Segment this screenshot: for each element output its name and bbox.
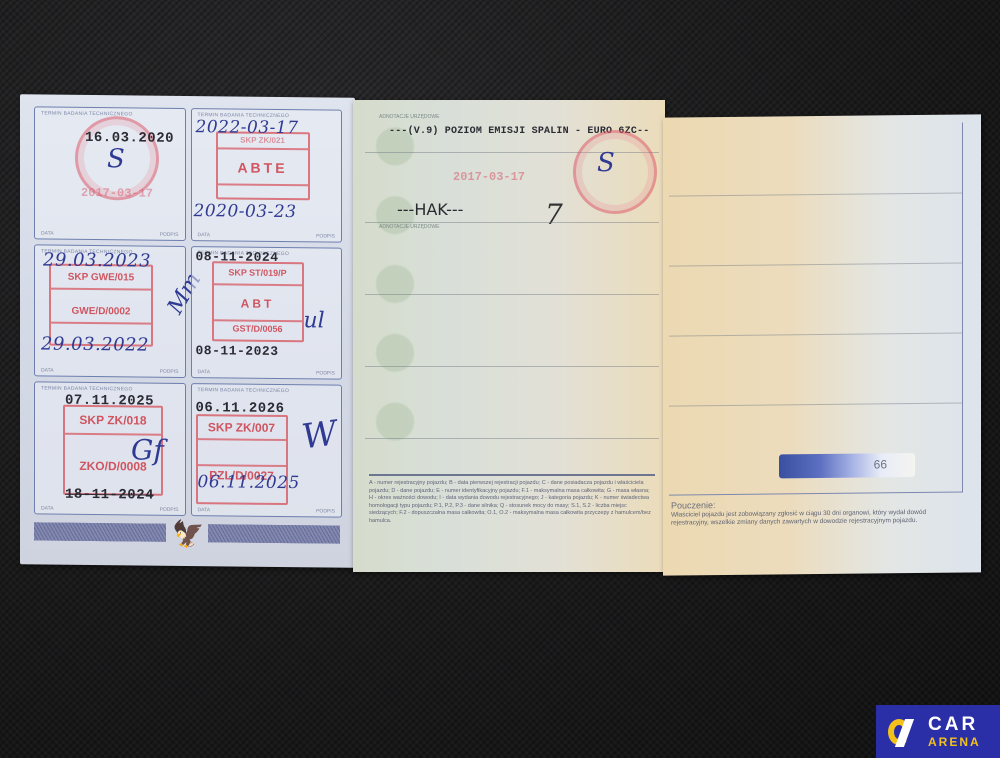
inspection-cell: TERMIN BADANIA TECHNICZNEGO SKP ZK/007 P…	[191, 383, 343, 517]
notice-text: Właściciel pojazdu jest zobowiązany zgło…	[671, 508, 961, 528]
field-legend: A - numer rejestracyjny pojazdu; B - dat…	[369, 474, 655, 525]
signature: Gf	[131, 434, 164, 467]
signature: S	[107, 144, 125, 174]
eagle-emblem-icon: 🦅	[172, 518, 200, 550]
handwritten-date: 29.03.2022	[41, 333, 149, 355]
inspection-cell: TERMIN BADANIA TECHNICZNEGO SKP ZK/018 Z…	[34, 382, 186, 516]
signature: W	[299, 414, 339, 458]
stamp-code: SKP ST/019/P	[214, 267, 302, 278]
cell-label: TERMIN BADANIA TECHNICZNEGO	[41, 386, 133, 393]
handwritten-date: 2020-03-23	[194, 201, 297, 222]
sign-label: PODPIS	[160, 369, 179, 375]
inspection-cell: TERMIN BADANIA TECHNICZNEGO SKP ZK/021 A…	[191, 108, 343, 242]
hologram-number: 66	[874, 457, 887, 471]
logo-text-car: CAR	[928, 715, 981, 734]
typed-date: 08-11-2023	[196, 343, 279, 359]
date-label: DATA	[198, 369, 211, 375]
section-label: ADNOTACJE URZĘDOWE	[379, 224, 439, 230]
sign-label: PODPIS	[316, 371, 335, 377]
inspection-cell: TERMIN BADANIA TECHNICZNEGO 16.03.2020 2…	[34, 106, 186, 240]
stamp-code: SKP ZK/018	[65, 413, 161, 428]
stamp-id: GST/D/0056	[214, 323, 302, 334]
sign-label: PODPIS	[316, 233, 335, 239]
handwritten-date: 2022-03-17	[196, 117, 299, 138]
handwritten-date: 06.11.2025	[198, 472, 300, 493]
stamp-date: 2017-03-17	[81, 186, 153, 201]
signature: ul	[304, 308, 325, 333]
typed-date: 08-11-2024	[196, 249, 279, 265]
inspection-cell: TERMIN BADANIA TECHNICZNEGO SKP ST/019/P…	[191, 246, 343, 380]
typed-date: 18-11-2024	[65, 487, 154, 504]
stamp-center: ABT	[214, 296, 302, 311]
hologram-sticker: 66	[779, 453, 915, 478]
sign-label: PODPIS	[160, 231, 179, 237]
stamp-id: GWE/D/0002	[51, 305, 151, 317]
cell-label: TERMIN BADANIA TECHNICZNEGO	[198, 387, 290, 394]
typed-date: 06.11.2026	[196, 400, 285, 417]
notice-page: 66 Pouczenie: Właściciel pojazdu jest zo…	[663, 114, 981, 575]
stamp-center: ABTE	[218, 159, 308, 176]
sign-label: PODPIS	[160, 507, 179, 513]
car-arena-logo: CAR ARENA	[876, 705, 1000, 758]
typed-date: 16.03.2020	[85, 130, 174, 147]
handwritten-note: ---HAK---	[397, 200, 463, 219]
handwritten-date: 29.03.2023	[43, 249, 151, 271]
inspection-stamp: SKP ST/019/P ABT GST/D/0056	[212, 261, 304, 342]
inspection-page: TERMIN BADANIA TECHNICZNEGO 16.03.2020 2…	[20, 94, 355, 568]
signature: S	[597, 148, 615, 178]
signature: 7	[545, 198, 563, 231]
inspection-cell: TERMIN BADANIA TECHNICZNEGO SKP GWE/015 …	[34, 244, 186, 378]
car-arena-logo-icon	[888, 717, 920, 747]
notice-block: Pouczenie: Właściciel pojazdu jest zobow…	[671, 499, 961, 529]
stamp-date: 2017-03-17	[453, 170, 525, 184]
inspection-stamp: SKP ZK/021 ABTE	[216, 131, 310, 200]
stamp-code: SKP GWE/015	[51, 271, 151, 283]
security-pattern	[365, 112, 425, 456]
stamp-code: SKP ZK/007	[198, 420, 286, 435]
guilloche-band	[34, 522, 166, 541]
date-label: DATA	[198, 232, 211, 238]
logo-text-arena: ARENA	[928, 736, 981, 748]
guilloche-band	[208, 524, 340, 543]
date-label: DATA	[198, 507, 211, 513]
typed-date: 07.11.2025	[65, 393, 154, 410]
page-frame: 66	[669, 123, 963, 496]
date-label: DATA	[41, 230, 54, 236]
inspection-grid: TERMIN BADANIA TECHNICZNEGO 16.03.2020 2…	[34, 106, 342, 517]
round-stamp	[573, 130, 657, 214]
date-label: DATA	[41, 368, 54, 374]
date-label: DATA	[41, 505, 54, 511]
registration-document: TERMIN BADANIA TECHNICZNEGO 16.03.2020 2…	[20, 96, 982, 574]
section-label: ADNOTACJE URZĘDOWE	[379, 114, 439, 120]
annotations-page: ADNOTACJE URZĘDOWE ---(V.9) POZIOM EMISJ…	[353, 100, 665, 572]
sign-label: PODPIS	[316, 508, 335, 514]
